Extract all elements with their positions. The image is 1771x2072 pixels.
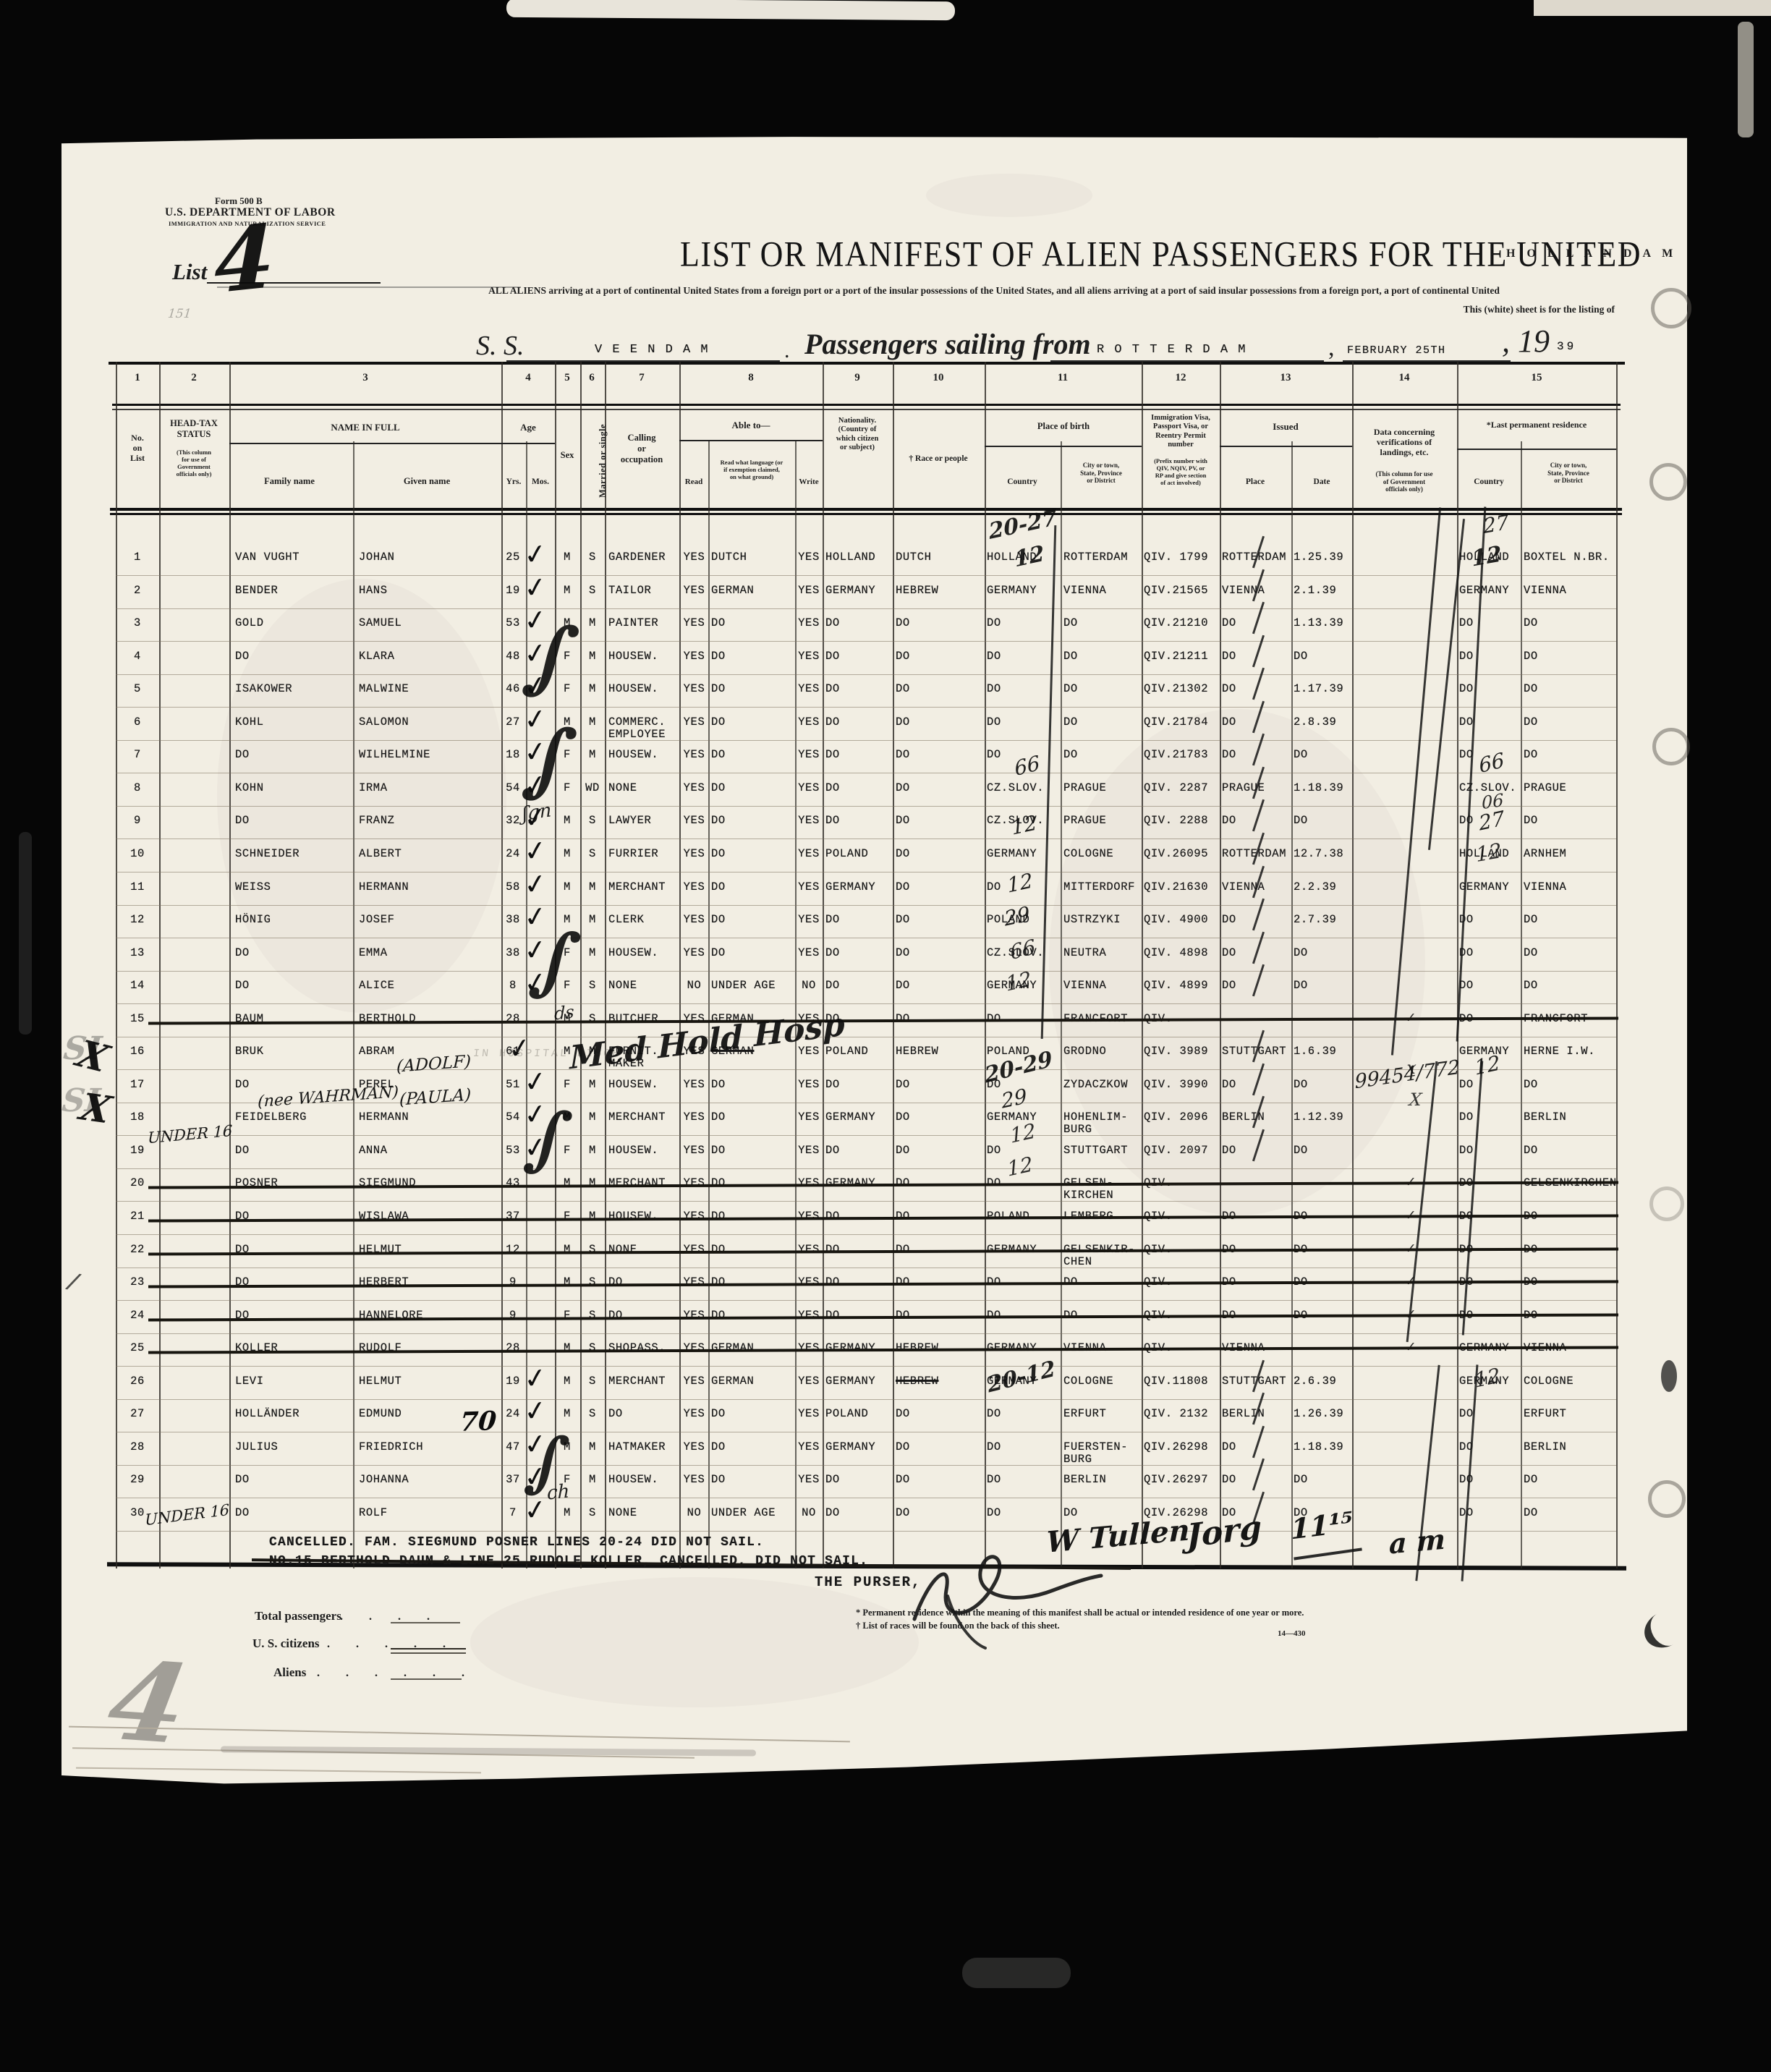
header-4-sub1: Mos. — [532, 477, 549, 488]
scan-artifact — [1534, 0, 1771, 16]
cell-write-row6: YES — [796, 716, 822, 729]
cell-calling-row14: NONE — [608, 980, 637, 992]
cell-ms-row5: M — [580, 683, 605, 695]
cell-sex-row26: M — [556, 1375, 579, 1388]
binder-hole-artifact — [1651, 288, 1691, 328]
grid-line-vertical — [985, 362, 986, 1568]
cell-read-row13: YES — [681, 947, 708, 959]
cell-nat-row18: GERMANY — [825, 1111, 875, 1124]
row-line — [116, 1300, 1616, 1301]
cell-no-row5: 5 — [122, 683, 153, 695]
cell-lang-row17: DO — [711, 1079, 726, 1091]
cell-read-row7: YES — [681, 749, 708, 761]
cell-rcity-row17: DO — [1524, 1079, 1538, 1091]
header-group-underline — [1457, 449, 1616, 450]
cell-no-row10: 10 — [122, 848, 153, 860]
cell-rcity-row1: BOXTEL N.BR. — [1524, 551, 1610, 564]
cell-read-row28: YES — [681, 1441, 708, 1453]
header-9-label: Nationality. (Country of which citizen o… — [836, 417, 879, 453]
cell-nat-row26: GERMANY — [825, 1375, 875, 1388]
cell-family-row28: JULIUS — [235, 1441, 278, 1453]
cell-lang-row22: DO — [711, 1244, 726, 1256]
header-3-label: NAME IN FULL — [331, 422, 399, 433]
cell-ms-row27: S — [580, 1408, 605, 1420]
column-number-7: 7 — [639, 372, 645, 385]
cell-ms-row20: M — [580, 1177, 605, 1189]
cell-rcity-row5: DO — [1524, 683, 1538, 695]
cell-ms-row26: S — [580, 1375, 605, 1388]
cell-lang-row12: DO — [711, 914, 726, 926]
cell-ms-row4: M — [580, 650, 605, 663]
cell-calling-row3: PAINTER — [608, 617, 658, 629]
header-3-sub0: Family name — [264, 476, 315, 487]
grid-line-vertical — [229, 362, 231, 1568]
cell-rc-row2: GERMANY — [1459, 585, 1509, 597]
cell-rcity-row27: ERFURT — [1524, 1408, 1566, 1420]
cell-idate-row28: 1.18.39 — [1294, 1441, 1343, 1453]
header-13-sub0: Place — [1246, 477, 1265, 488]
cell-yrs-row11: 58 — [500, 881, 526, 893]
cell-read-row30: NO — [681, 1507, 708, 1519]
cell-idate-row1: 1.25.39 — [1294, 551, 1343, 564]
binder-hole-artifact — [1648, 1480, 1686, 1518]
cell-lang-row21: DO — [711, 1210, 726, 1223]
cell-yrs-row17: 51 — [500, 1079, 526, 1091]
handwritten-sq5: ds — [554, 1001, 574, 1024]
cell-lang-row29: DO — [711, 1474, 726, 1486]
cell-read-row27: YES — [681, 1408, 708, 1420]
cell-no-row17: 17 — [122, 1079, 153, 1091]
header-group-underline — [229, 443, 501, 444]
cell-bcity-row7: DO — [1063, 749, 1078, 761]
cell-write-row4: YES — [796, 650, 822, 663]
handwritten-nx2: X — [1409, 1090, 1423, 1110]
header-13-label: Issued — [1273, 421, 1298, 432]
header-13-sub1: Date — [1314, 477, 1330, 488]
column-number-14: 14 — [1399, 372, 1410, 385]
cell-family-row17: DO — [235, 1079, 250, 1091]
cell-race-row2: HEBREW — [896, 585, 938, 597]
cell-yrs-row13: 38 — [500, 947, 526, 959]
cell-yrs-row27: 24 — [500, 1408, 526, 1420]
cell-bc-row19: DO — [987, 1145, 1001, 1157]
cell-ip-row4: DO — [1222, 650, 1236, 663]
cell-nat-row1: HOLLAND — [825, 551, 875, 564]
cell-calling-row25: SHOPASS. — [608, 1342, 666, 1354]
sailing-port: R O T T E R D A M — [1097, 343, 1247, 357]
totals-label-citizens: U. S. citizens — [252, 1636, 320, 1651]
cell-sex-row27: M — [556, 1408, 579, 1420]
cell-calling-row17: HOUSEW. — [608, 1079, 658, 1091]
cell-bc-row3: DO — [987, 617, 1001, 629]
header-6-label: Married or single — [598, 424, 608, 498]
cancel-note-1: CANCELLED. FAM. SIEGMUND POSNER LINES 20… — [269, 1535, 764, 1550]
grid-line-vertical — [159, 362, 161, 1568]
cell-given-row26: HELMUT — [359, 1375, 402, 1388]
cell-bc-row8: CZ.SLOV. — [987, 782, 1044, 794]
cell-yrs-row26: 19 — [500, 1375, 526, 1388]
cell-ms-row28: M — [580, 1441, 605, 1453]
cell-rcity-row3: DO — [1524, 617, 1538, 629]
cell-no-row9: 9 — [122, 815, 153, 827]
row-line — [116, 1432, 1616, 1432]
header-8-sub1: Read what language (or if exemption clai… — [721, 459, 783, 480]
cell-nat-row14: DO — [825, 980, 840, 992]
cell-yrs-row3: 53 — [500, 617, 526, 629]
cell-read-row23: YES — [681, 1276, 708, 1288]
cell-read-row25: YES — [681, 1342, 708, 1354]
cell-nat-row29: DO — [825, 1474, 840, 1486]
cell-read-row10: YES — [681, 848, 708, 860]
cell-rcity-row8: PRAGUE — [1524, 782, 1566, 794]
header-11-sub1: City or town, State, Province or Distric… — [1080, 462, 1122, 485]
cell-nat-row19: DO — [825, 1145, 840, 1157]
row-line — [116, 1234, 1616, 1235]
cell-rcity-row13: DO — [1524, 947, 1538, 959]
cell-yrs-row12: 38 — [500, 914, 526, 926]
cell-nat-row9: DO — [825, 815, 840, 827]
cell-ip-row3: DO — [1222, 617, 1236, 629]
cell-nat-row30: DO — [825, 1507, 840, 1519]
cell-calling-row5: HOUSEW. — [608, 683, 658, 695]
totals-line-citizens — [391, 1648, 466, 1649]
cell-calling-row1: GARDENER — [608, 551, 666, 564]
cell-rc-row12: DO — [1459, 914, 1474, 926]
header-4-sub0: Yrs. — [506, 477, 522, 488]
table-rule-header-bottom — [110, 508, 1622, 511]
cell-rc-row11: GERMANY — [1459, 881, 1509, 893]
cell-nat-row2: GERMANY — [825, 585, 875, 597]
totals-label-passengers: Total passengers — [255, 1609, 341, 1623]
cell-calling-row13: HOUSEW. — [608, 947, 658, 959]
cell-given-row29: JOHANNA — [359, 1474, 409, 1486]
cell-bc-row30: DO — [987, 1507, 1001, 1519]
cell-ms-row7: M — [580, 749, 605, 761]
cell-calling-row28: HATMAKER — [608, 1441, 666, 1453]
cell-rcity-row26: COLOGNE — [1524, 1375, 1573, 1388]
cell-write-row30: NO — [796, 1507, 822, 1519]
totals-line-citizens-2 — [391, 1652, 466, 1654]
cell-rcity-row29: DO — [1524, 1474, 1538, 1486]
cell-nat-row24: DO — [825, 1309, 840, 1322]
cell-rcity-row6: DO — [1524, 716, 1538, 729]
header-group-underline — [501, 443, 555, 444]
cell-bcity-row29: BERLIN — [1063, 1474, 1106, 1486]
cell-ms-row3: M — [580, 617, 605, 629]
cell-bcity-row3: DO — [1063, 617, 1078, 629]
cell-write-row11: YES — [796, 881, 822, 893]
cell-read-row9: YES — [681, 815, 708, 827]
row-line — [116, 1168, 1616, 1169]
cell-race-row6: DO — [896, 716, 910, 729]
scan-artifact — [1738, 22, 1754, 137]
cell-rcity-row12: DO — [1524, 914, 1538, 926]
cell-race-row29: DO — [896, 1474, 910, 1486]
header-14-note: (This column for use of Government offic… — [1375, 470, 1432, 493]
cell-write-row17: YES — [796, 1079, 822, 1091]
cell-lang-row10: DO — [711, 848, 726, 860]
cell-sex-row30: M — [556, 1507, 579, 1519]
cell-nat-row6: DO — [825, 716, 840, 729]
column-number-3: 3 — [362, 372, 368, 385]
cell-calling-row20: MERCHANT — [608, 1177, 666, 1189]
cell-ip-row28: DO — [1222, 1441, 1236, 1453]
cell-bc-row27: DO — [987, 1408, 1001, 1420]
cell-ip-row5: DO — [1222, 683, 1236, 695]
cell-race-row28: DO — [896, 1441, 910, 1453]
cell-calling-row21: HOUSEW. — [608, 1210, 658, 1223]
cell-visa-row29: QIV.26297 — [1144, 1474, 1208, 1486]
cell-lang-row23: DO — [711, 1276, 726, 1288]
cell-family-row4: DO — [235, 650, 250, 663]
cell-no-row3: 3 — [122, 617, 153, 629]
paper-blotch — [470, 1577, 919, 1707]
cell-nat-row22: DO — [825, 1244, 840, 1256]
cell-family-row16: BRUK — [235, 1045, 264, 1058]
cell-write-row7: YES — [796, 749, 822, 761]
handwritten-list4: 4 — [214, 205, 274, 314]
cell-write-row1: YES — [796, 551, 822, 564]
grid-line-vertical — [1457, 362, 1458, 1568]
binder-hole-artifact — [1652, 728, 1690, 765]
cell-yrs-row18: 54 — [500, 1111, 526, 1124]
cell-rc-row18: DO — [1459, 1111, 1474, 1124]
scan-artifact — [19, 832, 32, 1035]
cell-calling-row30: NONE — [608, 1507, 637, 1519]
column-number-11: 11 — [1058, 372, 1068, 385]
cell-idate-row26: 2.6.39 — [1294, 1375, 1336, 1388]
cell-write-row19: YES — [796, 1145, 822, 1157]
cell-visa-row5: QIV.21302 — [1144, 683, 1208, 695]
cell-lang-row14: UNDER AGE — [711, 980, 776, 992]
grid-line-vertical — [580, 362, 582, 1568]
cell-idate-row27: 1.26.39 — [1294, 1408, 1343, 1420]
year-19: , 19 — [1502, 323, 1550, 360]
cell-rcity-row14: DO — [1524, 980, 1538, 992]
cell-ms-row10: S — [580, 848, 605, 860]
cell-rcity-row28: BERLIN — [1524, 1441, 1566, 1453]
column-number-5: 5 — [564, 372, 570, 385]
header-5-label: Sex — [561, 450, 574, 461]
cell-lang-row9: DO — [711, 815, 726, 827]
handwritten-sq3: ʃgn — [522, 799, 552, 825]
cell-nat-row3: DO — [825, 617, 840, 629]
cell-no-row1: 1 — [122, 551, 153, 564]
cell-calling-row8: NONE — [608, 782, 637, 794]
sailing-from-label: Passengers sailing from — [804, 327, 1091, 361]
cell-bc-row28: DO — [987, 1441, 1001, 1453]
cell-rcity-row19: DO — [1524, 1145, 1538, 1157]
cell-rcity-row2: VIENNA — [1524, 585, 1566, 597]
cell-calling-row18: MERCHANT — [608, 1111, 666, 1124]
cell-family-row27: HOLLÄNDER — [235, 1408, 300, 1420]
cell-ms-row17: M — [580, 1079, 605, 1091]
grid-line-vertical — [501, 362, 503, 1568]
handwritten-msi1: SI — [61, 1030, 103, 1067]
cell-nat-row11: GERMANY — [825, 881, 875, 893]
cell-given-row19: ANNA — [359, 1145, 388, 1157]
cell-given-row1: JOHAN — [359, 551, 395, 564]
grid-line-vertical — [823, 362, 824, 1568]
cell-rc-row5: DO — [1459, 683, 1474, 695]
cell-calling-row4: HOUSEW. — [608, 650, 658, 663]
footnote-residence: * Permanent residence within the meaning… — [856, 1608, 1304, 1618]
cell-lang-row1: DUTCH — [711, 551, 747, 564]
cell-race-row5: DO — [896, 683, 910, 695]
ship-name: V E E N D A M — [595, 343, 710, 357]
cell-write-row26: YES — [796, 1375, 822, 1388]
cell-nat-row5: DO — [825, 683, 840, 695]
cell-read-row4: YES — [681, 650, 708, 663]
row-line — [116, 1333, 1616, 1334]
cell-race-row12: DO — [896, 914, 910, 926]
paper-blotch — [1049, 709, 1425, 1215]
year-39: 39 — [1557, 340, 1576, 353]
handwritten-n70: 70 — [459, 1406, 498, 1438]
cell-nat-row28: GERMANY — [825, 1441, 875, 1453]
cell-family-row30: DO — [235, 1507, 250, 1519]
cell-given-row28: FRIEDRICH — [359, 1441, 423, 1453]
cell-bcity-row20: GELSEN- KIRCHEN — [1063, 1177, 1113, 1202]
cell-write-row14: NO — [796, 980, 822, 992]
cell-rcity-row7: DO — [1524, 749, 1538, 761]
cell-no-row29: 29 — [122, 1474, 153, 1486]
cell-read-row24: YES — [681, 1309, 708, 1322]
header-15-label: *Last permanent residence — [1487, 420, 1587, 430]
table-rule-digits2 — [112, 409, 1621, 410]
cell-lang-row18: DO — [711, 1111, 726, 1124]
header-3-sub1: Given name — [404, 476, 450, 487]
header-2-label: HEAD-TAX STATUS — [170, 418, 218, 440]
cell-race-row26: HEBREW — [896, 1375, 938, 1388]
cell-bc-row5: DO — [987, 683, 1001, 695]
row-line — [116, 1268, 1616, 1268]
cell-race-row30: DO — [896, 1507, 910, 1519]
cell-idate-row3: 1.13.39 — [1294, 617, 1343, 629]
header-4-label: Age — [520, 422, 536, 433]
cell-rc-row19: DO — [1459, 1145, 1474, 1157]
cell-write-row24: YES — [796, 1309, 822, 1322]
cell-write-row9: YES — [796, 815, 822, 827]
header-group-underline — [985, 446, 1142, 447]
footnote-form-code: 14—430 — [1278, 1629, 1306, 1638]
cell-write-row29: YES — [796, 1474, 822, 1486]
cell-family-row13: DO — [235, 947, 250, 959]
cell-family-row14: DO — [235, 980, 250, 992]
grid-line-vertical — [893, 362, 894, 1568]
cell-family-row26: LEVI — [235, 1375, 264, 1388]
cell-visa-row3: QIV.21210 — [1144, 617, 1208, 629]
cell-read-row5: YES — [681, 683, 708, 695]
cell-yrs-row14: 8 — [500, 980, 526, 992]
cell-family-row2: BENDER — [235, 585, 278, 597]
handwritten-m151: 151 — [167, 307, 192, 321]
cell-rcity-row10: ARNHEM — [1524, 848, 1566, 860]
cell-ms-row19: M — [580, 1145, 605, 1157]
binder-hole-artifact — [1649, 463, 1687, 501]
handwritten-sg4: a m — [1389, 1522, 1446, 1560]
cell-write-row3: YES — [796, 617, 822, 629]
port-comma: , — [1328, 334, 1335, 362]
cell-sex-row9: M — [556, 815, 579, 827]
cell-lang-row30: UNDER AGE — [711, 1507, 776, 1519]
cell-rcity-row16: HERNE I.W. — [1524, 1045, 1595, 1058]
cell-ms-row6: M — [580, 716, 605, 729]
header-11-sub0: Country — [1007, 477, 1037, 488]
cell-lang-row8: DO — [711, 782, 726, 794]
cell-lang-row13: DO — [711, 947, 726, 959]
cell-sex-row17: F — [556, 1079, 579, 1091]
cell-race-row9: DO — [896, 815, 910, 827]
list-label: List — [172, 259, 207, 285]
cell-no-row4: 4 — [122, 650, 153, 663]
cell-yrs-row28: 47 — [500, 1441, 526, 1453]
column-number-13: 13 — [1281, 372, 1291, 385]
cell-race-row17: DO — [896, 1079, 910, 1091]
cell-bcity-row26: COLOGNE — [1063, 1375, 1113, 1388]
cell-yrs-row20: 43 — [500, 1177, 526, 1189]
column-number-9: 9 — [854, 372, 860, 385]
cell-read-row6: YES — [681, 716, 708, 729]
cell-ms-row1: S — [580, 551, 605, 564]
totals-line-passengers — [391, 1622, 460, 1623]
cell-read-row11: YES — [681, 881, 708, 893]
cell-no-row28: 28 — [122, 1441, 153, 1453]
cell-read-row26: YES — [681, 1375, 708, 1388]
cell-read-row18: YES — [681, 1111, 708, 1124]
cell-given-row27: EDMUND — [359, 1408, 402, 1420]
cell-nat-row8: DO — [825, 782, 840, 794]
cell-lang-row3: DO — [711, 617, 726, 629]
cell-rc-row27: DO — [1459, 1408, 1474, 1420]
cell-read-row2: YES — [681, 585, 708, 597]
handwritten-sq8: ch — [547, 1480, 569, 1504]
row-line — [116, 575, 1616, 576]
header-8-label: Able to— — [731, 420, 770, 430]
cell-yrs-row30: 7 — [500, 1507, 526, 1519]
cell-visa-row4: QIV.21211 — [1144, 650, 1208, 663]
cell-bcity-row4: DO — [1063, 650, 1078, 663]
cell-bc-row10: GERMANY — [987, 848, 1037, 860]
subtitle: ALL ALIENS arriving at a port of contine… — [373, 285, 1615, 297]
grid-line-vertical — [1616, 362, 1618, 1568]
column-number-8: 8 — [748, 372, 754, 385]
grid-line-vertical — [605, 362, 606, 1568]
cell-ms-row9: S — [580, 815, 605, 827]
column-number-10: 10 — [933, 372, 944, 385]
header-10-label: † Race or people — [909, 454, 967, 464]
ship-period: . — [784, 339, 790, 363]
cell-write-row27: YES — [796, 1408, 822, 1420]
cell-race-row8: DO — [896, 782, 910, 794]
header-7-label: Calling or occupation — [621, 433, 663, 464]
header-8-sub0: Read — [685, 477, 702, 487]
row-line — [116, 1498, 1616, 1498]
cell-bcity-row6: DO — [1063, 716, 1078, 729]
paper-blotch — [217, 579, 506, 1013]
cell-race-row1: DUTCH — [896, 551, 932, 564]
cell-idate-row5: 1.17.39 — [1294, 683, 1343, 695]
row-line — [116, 1135, 1616, 1136]
binder-hole-artifact — [1649, 1186, 1684, 1221]
cell-calling-row11: MERCHANT — [608, 881, 666, 893]
cell-ms-row18: M — [580, 1111, 605, 1124]
ss-label: S. S. — [476, 330, 524, 362]
cell-rcity-row30: DO — [1524, 1507, 1538, 1519]
cell-no-row14: 14 — [122, 980, 153, 992]
column-number-2: 2 — [191, 372, 197, 385]
subtitle-2: This (white) sheet is for the listing of — [1230, 304, 1615, 315]
